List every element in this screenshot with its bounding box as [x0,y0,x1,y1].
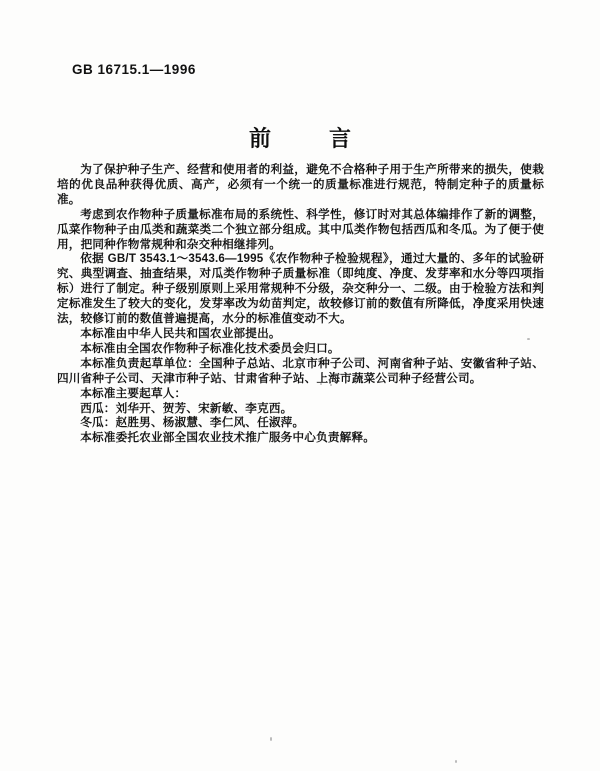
paragraph: 本标准由中华人民共和国农业部提出。 [57,327,544,342]
paragraph: 本标准主要起草人： [57,387,544,402]
paragraph: 本标准由全国农作物种子标准化技术委员会归口。 [57,342,544,357]
scan-noise-speck [455,760,457,763]
paragraph: 西瓜：刘华开、贺芳、宋新敏、李克西。 [57,402,544,417]
preface-body: 为了保护种子生产、经营和使用者的利益，避免不合格种子用于生产所带来的损失，使栽培… [57,163,544,446]
paragraph: 考虑到农作物种子质量标准布局的系统性、科学性，修订时对其总体编排作了新的调整，瓜… [57,208,544,253]
scan-noise-speck [270,737,272,741]
page-title: 前言 [0,122,600,153]
scan-noise-speck [330,384,332,386]
scan-noise-speck [320,383,322,385]
paragraph: 依据 GB/T 3543.1～3543.6—1995《农作物种子检验规程》，通过… [57,252,544,327]
paragraph: 本标准负责起草单位：全国种子总站、北京市种子公司、河南省种子站、安徽省种子站、四… [57,357,544,387]
document-page: GB 16715.1—1996 前言 为了保护种子生产、经营和使用者的利益，避免… [0,0,600,771]
standard-number: GB 16715.1—1996 [72,62,196,77]
paragraph: 为了保护种子生产、经营和使用者的利益，避免不合格种子用于生产所带来的损失，使栽培… [57,163,544,208]
paragraph: 冬瓜：赵胜男、杨淑慧、李仁风、任淑萍。 [57,416,544,431]
scan-noise-speck [527,338,530,340]
paragraph: 本标准委托农业部全国农业技术推广服务中心负责解释。 [57,431,544,446]
